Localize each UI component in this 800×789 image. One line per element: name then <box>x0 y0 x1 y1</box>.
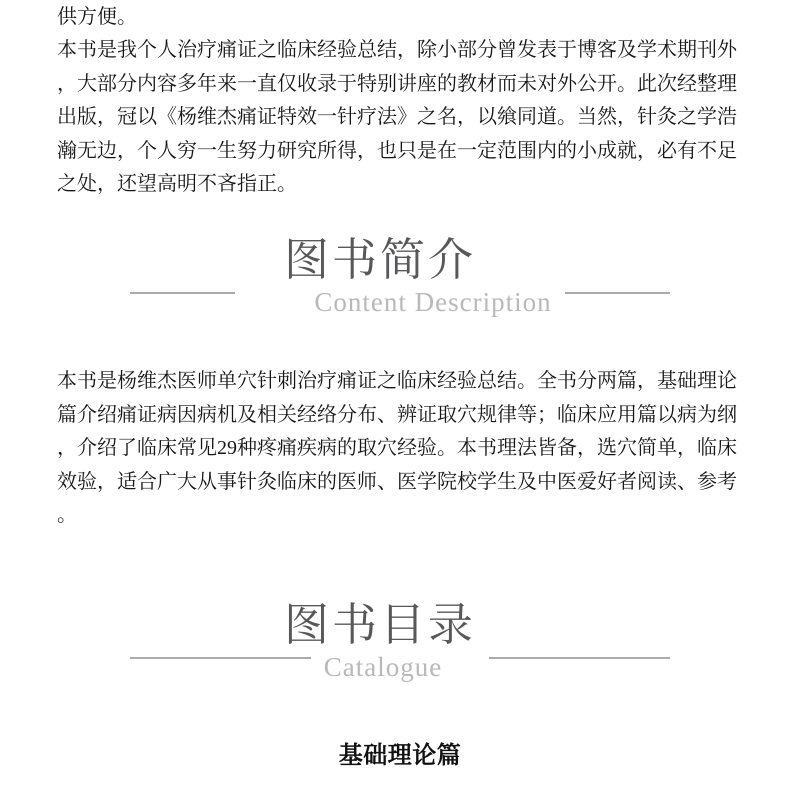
text-line: 之处，还望高明不吝指正。 <box>57 168 800 201</box>
section-header-content-description: 图书简介 Content Description <box>130 237 670 316</box>
text-line: ，大部分内容多年来一直仅收录于特别讲座的教材而未对外公开。此次经整理 <box>57 68 800 101</box>
chapter-heading: 基础理论篇 <box>0 740 800 773</box>
section-divider-row: Catalogue <box>130 654 670 681</box>
section-title-zh: 图书简介 <box>110 237 650 282</box>
divider-line-left <box>130 292 235 294</box>
text-line: 。 <box>57 499 800 532</box>
text-line: ，介绍了临床常见29种疼痛疾病的取穴经验。本书理法皆备，选穴简单，临床 <box>57 432 800 465</box>
book-description-page: 供方便。 本书是我个人治疗痛证之临床经验总结，除小部分曾发表于博客及学术期刊外 … <box>0 0 800 789</box>
paragraph-preface: 供方便。 本书是我个人治疗痛证之临床经验总结，除小部分曾发表于博客及学术期刊外 … <box>0 0 800 201</box>
section-title-zh: 图书目录 <box>110 602 650 647</box>
text-line: 供方便。 <box>57 1 800 34</box>
divider-line-right <box>489 657 670 659</box>
section-header-catalogue: 图书目录 Catalogue <box>130 602 670 681</box>
text-line: 效验，适合广大从事针灸临床的医师、医学院校学生及中医爱好者阅读、参考 <box>57 466 800 499</box>
text-line: 瀚无边，个人穷一生努力研究所得，也只是在一定范围内的小成就，必有不足 <box>57 135 800 168</box>
text-line: 出版，冠以《杨维杰痛证特效一针疗法》之名，以飨同道。当然，针灸之学浩 <box>57 101 800 134</box>
section-subtitle-en: Catalogue <box>311 654 455 681</box>
section-divider-row: Content Description <box>130 289 670 316</box>
paragraph-book-description: 本书是杨维杰医师单穴针刺治疗痛证之临床经验总结。全书分两篇，基础理论 篇介绍痛证… <box>0 365 800 532</box>
divider-line-left <box>130 657 311 659</box>
section-subtitle-en: Content Description <box>301 289 564 316</box>
divider-line-right <box>565 292 670 294</box>
text-line: 篇介绍痛证病因病机及相关经络分布、辨证取穴规律等；临床应用篇以病为纲 <box>57 399 800 432</box>
text-line: 本书是杨维杰医师单穴针刺治疗痛证之临床经验总结。全书分两篇，基础理论 <box>57 365 800 398</box>
text-line: 本书是我个人治疗痛证之临床经验总结，除小部分曾发表于博客及学术期刊外 <box>57 34 800 67</box>
